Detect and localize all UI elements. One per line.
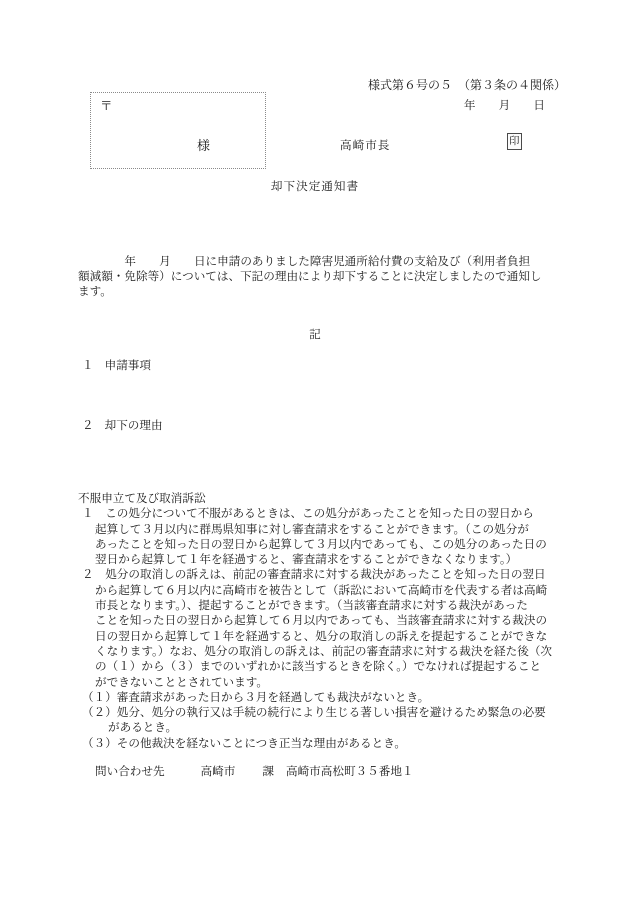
appeal-item2-line: くなります。）なお、処分の取消しの訴えは、前記の審査請求に対する裁決を経た後（次: [78, 644, 552, 659]
contact-info-line: 問い合わせ先高崎市課高崎市高松町３５番地１: [95, 763, 414, 779]
contact-city: 高崎市: [201, 764, 236, 778]
issue-date-line: 年 月 日: [464, 97, 545, 113]
body-line: ます。: [78, 284, 542, 299]
notification-paragraph: 年 月 日に申請のありました障害児通所給付費の支給及び（利用者負担 額減額・免除…: [78, 254, 542, 300]
appeal-subitem1-line: （１）審査請求があった日から３月を経過しても裁決がないとき。: [78, 690, 552, 705]
document-page: 様式第６号の５ （第３条の４関係） 年 月 日 〒 様 高崎市長 印 却下決定通…: [0, 0, 630, 903]
appeal-item2-line: 日の翌日から起算して１年を経過すると、処分の取消しの訴えを提起することができな: [78, 629, 552, 644]
recipient-address-box: 〒 様: [90, 92, 266, 169]
item-number: ２: [82, 417, 94, 433]
appeal-item1-line: 起算して３月以内に群馬県知事に対し審査請求をすることができます。（この処分が: [78, 522, 552, 537]
item-number: １: [82, 357, 94, 373]
appeal-item1-line: 翌日から起算して１年を経過すると、審査請求をすることができなくなります。）: [78, 552, 552, 567]
official-seal-placeholder: 印: [507, 133, 522, 150]
appeal-subitem3-line: （３）その他裁決を経ないことにつき正当な理由があるとき。: [78, 736, 552, 751]
appeal-item2-line: の（１）から（３）までのいずれかに該当するときを除く。）でなければ提起すること: [78, 659, 552, 674]
appeal-item2-line: ができないこととされています。: [78, 675, 552, 690]
numbered-item-rejection-reason: ２却下の理由: [82, 417, 163, 433]
recipient-honorific: 様: [197, 135, 210, 154]
item-label: 却下の理由: [105, 418, 163, 432]
contact-department: 課: [262, 764, 274, 778]
appeal-heading: 不服申立て及び取消訴訟: [78, 491, 552, 506]
postal-mark: 〒: [100, 96, 113, 114]
appeal-subitem2-line: があるとき。: [78, 720, 552, 735]
body-line: 年 月 日に申請のありました障害児通所給付費の支給及び（利用者負担: [78, 254, 542, 269]
appeal-item2-line: ２ 処分の取消しの訴えは、前記の審査請求に対する裁決があったことを知った日の翌日: [78, 567, 552, 582]
contact-address: 高崎市高松町３５番地１: [286, 764, 414, 778]
appeal-instructions-section: 不服申立て及び取消訴訟 １ この処分について不服があるときは、この処分があったこ…: [78, 491, 552, 751]
appeal-item2-line: から起算して６月以内に高崎市を被告として（訴訟において高崎市を代表する者は高崎: [78, 583, 552, 598]
appeal-item2-line: ことを知った日の翌日から起算して６月以内であっても、当該審査請求に対する裁決の: [78, 613, 552, 628]
appeal-subitem2-line: （２）処分、処分の執行又は手続の続行により生じる著しい損害を避けるため緊急の必要: [78, 705, 552, 720]
appeal-item1-line: １ この処分について不服があるときは、この処分があったことを知った日の翌日から: [78, 506, 552, 521]
item-label: 申請事項: [105, 358, 151, 372]
form-number: 様式第６号の５ （第３条の４関係）: [0, 76, 566, 93]
issuer-name: 高崎市長: [340, 137, 390, 153]
contact-label: 問い合わせ先: [95, 764, 165, 778]
document-title: 却下決定通知書: [0, 178, 630, 194]
numbered-item-application: １申請事項: [82, 357, 151, 373]
record-marker: 記: [0, 326, 630, 342]
appeal-item2-line: 市長となります。）、提起することができます。（当該審査請求に対する裁決があった: [78, 598, 552, 613]
body-line: 額減額・免除等）については、下記の理由により却下することに決定しましたので通知し: [78, 269, 542, 284]
appeal-item1-line: あったことを知った日の翌日から起算して３月以内であっても、この処分のあった日の: [78, 537, 552, 552]
